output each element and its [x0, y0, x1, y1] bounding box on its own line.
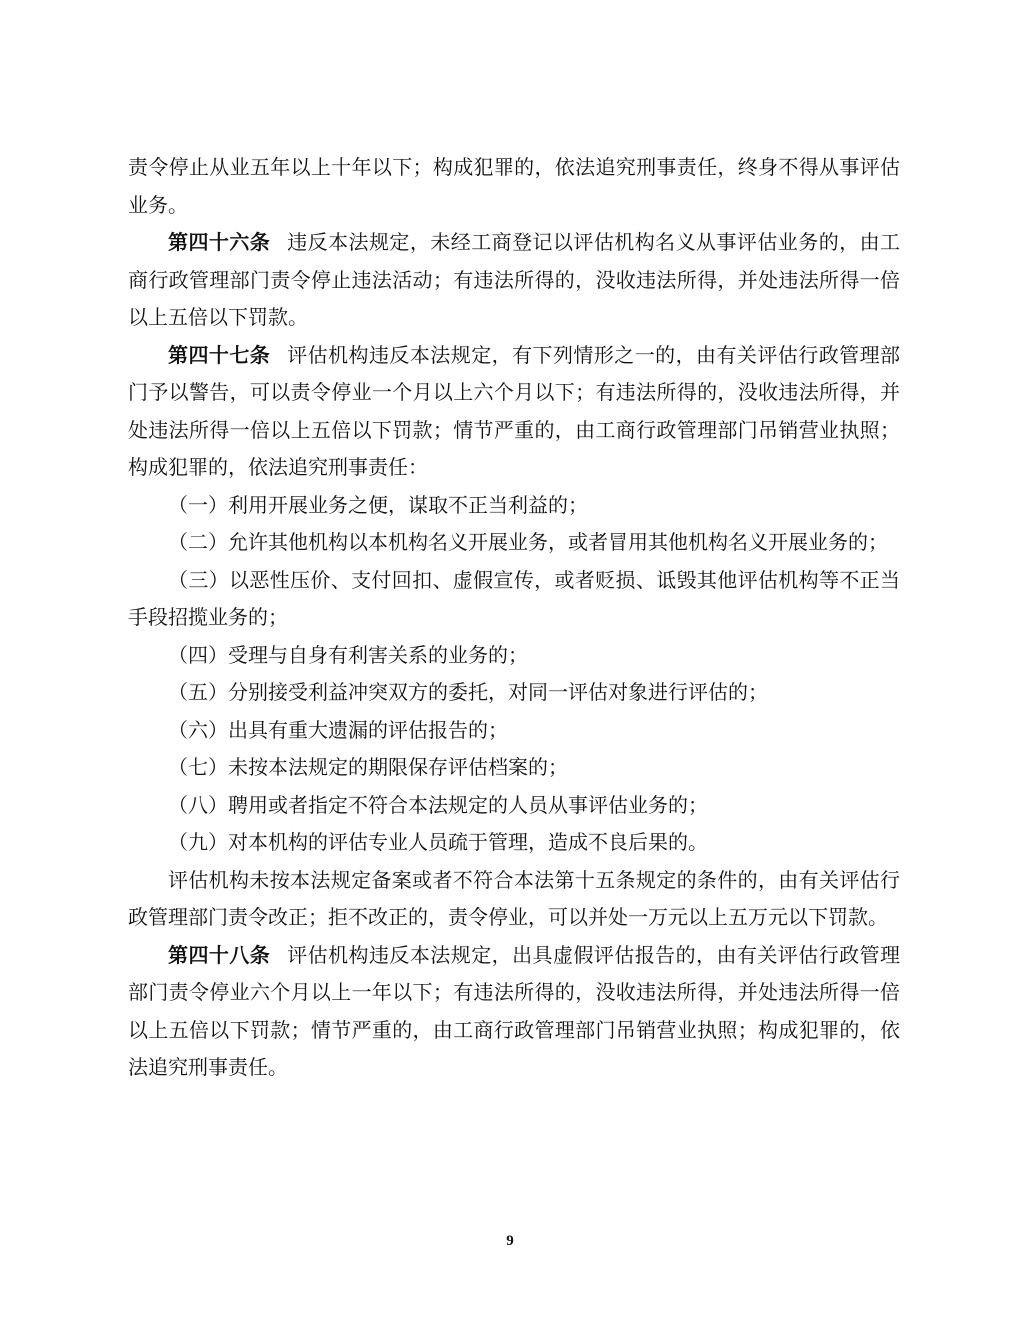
- list-item-9: （九）对本机构的评估专业人员疏于管理，造成不良后果的。: [128, 825, 900, 863]
- list-item-text: （七）未按本法规定的期限保存评估档案的；: [168, 757, 568, 779]
- list-item-text: （一）利用开展业务之便，谋取不正当利益的；: [168, 495, 588, 517]
- article-48-paragraph: 第四十八条评估机构违反本法规定，出具虚假评估报告的，由有关评估行政管理部门责令停…: [128, 938, 900, 1088]
- list-item-6: （六）出具有重大遗漏的评估报告的；: [128, 713, 900, 751]
- list-item-text: （三）以恶性压价、支付回扣、虚假宣传，或者贬损、诋毁其他评估机构等不正当手段招揽…: [128, 570, 900, 630]
- paragraph-continuation: 责令停止从业五年以上十年以下；构成犯罪的，依法追究刑事责任，终身不得从事评估业务…: [128, 150, 900, 225]
- paragraph-filing-penalty: 评估机构未按本法规定备案或者不符合本法第十五条规定的条件的，由有关评估行政管理部…: [128, 863, 900, 938]
- page-number: 9: [0, 1233, 1020, 1250]
- document-page: 责令停止从业五年以上十年以下；构成犯罪的，依法追究刑事责任，终身不得从事评估业务…: [0, 0, 1020, 1320]
- list-item-8: （八）聘用或者指定不符合本法规定的人员从事评估业务的；: [128, 788, 900, 826]
- document-body: 责令停止从业五年以上十年以下；构成犯罪的，依法追究刑事责任，终身不得从事评估业务…: [128, 150, 900, 1088]
- article-48-number: 第四十八条: [168, 945, 270, 967]
- list-item-2: （二）允许其他机构以本机构名义开展业务，或者冒用其他机构名义开展业务的；: [128, 525, 900, 563]
- list-item-7: （七）未按本法规定的期限保存评估档案的；: [128, 750, 900, 788]
- list-item-4: （四）受理与自身有利害关系的业务的；: [128, 638, 900, 676]
- article-47-paragraph: 第四十七条评估机构违反本法规定，有下列情形之一的，由有关评估行政管理部门予以警告…: [128, 338, 900, 488]
- list-item-5: （五）分别接受利益冲突双方的委托，对同一评估对象进行评估的；: [128, 675, 900, 713]
- paragraph-text: 评估机构未按本法规定备案或者不符合本法第十五条规定的条件的，由有关评估行政管理部…: [128, 870, 900, 930]
- list-item-1: （一）利用开展业务之便，谋取不正当利益的；: [128, 488, 900, 526]
- article-47-number: 第四十七条: [168, 345, 270, 367]
- list-item-3: （三）以恶性压价、支付回扣、虚假宣传，或者贬损、诋毁其他评估机构等不正当手段招揽…: [128, 563, 900, 638]
- list-item-text: （九）对本机构的评估专业人员疏于管理，造成不良后果的。: [168, 832, 708, 854]
- paragraph-text: 责令停止从业五年以上十年以下；构成犯罪的，依法追究刑事责任，终身不得从事评估业务…: [128, 157, 900, 217]
- article-46-paragraph: 第四十六条违反本法规定，未经工商登记以评估机构名义从事评估业务的，由工商行政管理…: [128, 225, 900, 338]
- list-item-text: （二）允许其他机构以本机构名义开展业务，或者冒用其他机构名义开展业务的；: [168, 532, 888, 554]
- list-item-text: （六）出具有重大遗漏的评估报告的；: [168, 720, 508, 742]
- list-item-text: （八）聘用或者指定不符合本法规定的人员从事评估业务的；: [168, 795, 708, 817]
- list-item-text: （四）受理与自身有利害关系的业务的；: [168, 645, 528, 667]
- list-item-text: （五）分别接受利益冲突双方的委托，对同一评估对象进行评估的；: [168, 682, 768, 704]
- article-46-number: 第四十六条: [168, 232, 270, 254]
